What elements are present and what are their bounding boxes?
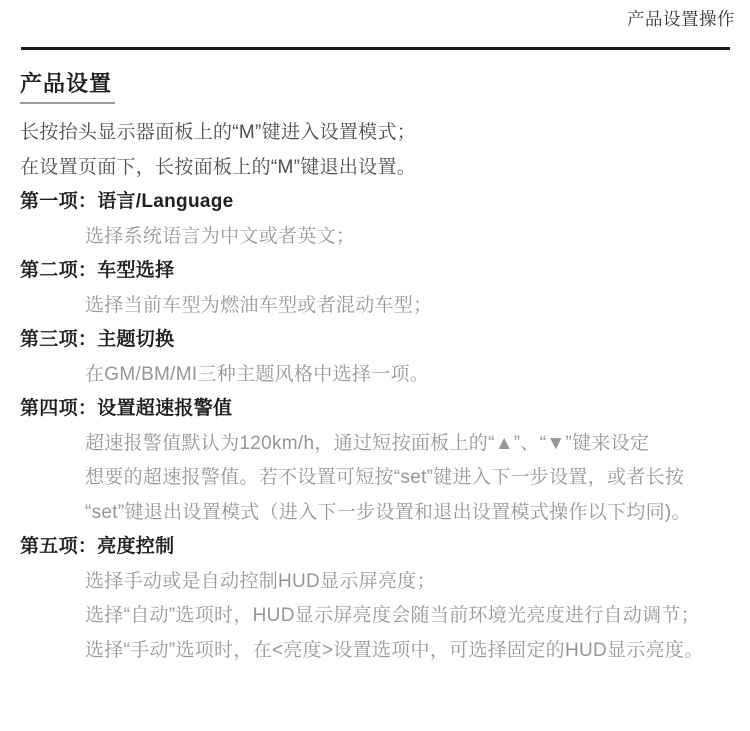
intro-line: 在设置页面下，长按面板上的“M”键退出设置。 bbox=[20, 151, 732, 186]
title-underline bbox=[20, 102, 115, 104]
section-language: 第一项：语言/Language 选择系统语言为中文或者英文； bbox=[20, 185, 732, 254]
section-heading: 第一项：语言/Language bbox=[20, 185, 732, 220]
section-brightness-control: 第五项：亮度控制 选择手动或是自动控制HUD显示屏亮度； 选择“自动”选项时，H… bbox=[20, 530, 732, 668]
section-overspeed-alarm: 第四项：设置超速报警值 超速报警值默认为120km/h，通过短按面板上的“▲”、… bbox=[20, 392, 732, 530]
page-title: 产品设置 bbox=[20, 67, 112, 98]
section-text-line: 选择系统语言为中文或者英文； bbox=[20, 220, 732, 255]
document-body: 长按抬头显示器面板上的“M”键进入设置模式； 在设置页面下，长按面板上的“M”键… bbox=[20, 116, 732, 668]
header-divider-rule bbox=[21, 47, 730, 50]
section-theme-switch: 第三项：主题切换 在GM/BM/MI三种主题风格中选择一项。 bbox=[20, 323, 732, 392]
section-heading: 第四项：设置超速报警值 bbox=[20, 392, 732, 427]
manual-page: 产品设置操作 产品设置 长按抬头显示器面板上的“M”键进入设置模式； 在设置页面… bbox=[0, 0, 750, 731]
intro-line: 长按抬头显示器面板上的“M”键进入设置模式； bbox=[20, 116, 732, 151]
section-heading: 第五项：亮度控制 bbox=[20, 530, 732, 565]
section-text-line: 在GM/BM/MI三种主题风格中选择一项。 bbox=[20, 358, 732, 393]
section-text-line: 超速报警值默认为120km/h，通过短按面板上的“▲”、“▼”键来设定 bbox=[20, 427, 732, 462]
section-text-line: 想要的超速报警值。若不设置可短按“set”键进入下一步设置，或者长按 bbox=[20, 461, 732, 496]
section-text-line: 选择当前车型为燃油车型或者混动车型； bbox=[20, 289, 732, 324]
page-header-label: 产品设置操作 bbox=[627, 7, 735, 31]
section-text-line: 选择手动或是自动控制HUD显示屏亮度； bbox=[20, 565, 732, 600]
section-heading: 第三项：主题切换 bbox=[20, 323, 732, 358]
section-heading: 第二项：车型选择 bbox=[20, 254, 732, 289]
section-text-line: 选择“手动”选项时，在<亮度>设置选项中，可选择固定的HUD显示亮度。 bbox=[20, 634, 732, 669]
section-vehicle-type: 第二项：车型选择 选择当前车型为燃油车型或者混动车型； bbox=[20, 254, 732, 323]
section-text-line: 选择“自动”选项时，HUD显示屏亮度会随当前环境光亮度进行自动调节； bbox=[20, 599, 732, 634]
section-text-line: “set”键退出设置模式（进入下一步设置和退出设置模式操作以下均同)。 bbox=[20, 496, 732, 531]
